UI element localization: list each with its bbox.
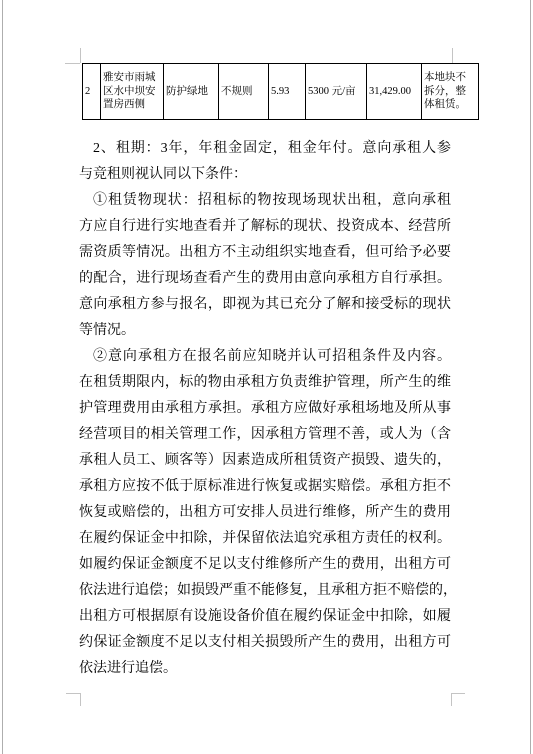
text-line: 在租赁期限内，标的物由承租方负责维护管理，所产生的维: [79, 370, 451, 396]
margin-mark-bottom-right-vertical: [451, 693, 452, 706]
text-line: 依法进行追偿。: [79, 656, 451, 682]
cell-area: 5.93: [269, 64, 306, 120]
text-line: 如履约保证金额度不足以支付维修所产生的费用，出租方可: [79, 552, 451, 578]
text-line: 承租方应按不低于原标准进行恢复或据实赔偿。承租方拒不: [79, 474, 451, 500]
paragraph-lease-term: 2、租期：3年，年租金固定，租金年付。意向承租人参 与竞租则视认同以下条件：: [79, 136, 451, 188]
cell-annual-rent: 31,429.00: [367, 64, 422, 120]
text-line: ②意向承租方在报名前应知晓并认可招租条件及内容。: [79, 344, 451, 370]
text-line: 等情况。: [79, 318, 451, 344]
margin-mark-bottom-right-horizontal: [451, 693, 465, 694]
cell-note: 本地块不拆分，整体租赁。: [422, 64, 479, 120]
document-body-text: 2、租期：3年，年租金固定，租金年付。意向承租人参 与竞租则视认同以下条件： ①…: [79, 136, 451, 682]
text-line: 需资质等情况。出租方不主动组织实地查看，但可给予必要: [79, 240, 451, 266]
text-line: 方应自行进行实地查看并了解标的现状、投资成本、经营所: [79, 214, 451, 240]
text-line: 出租方可根据原有设施设备价值在履约保证金中扣除，如履: [79, 604, 451, 630]
text-line: 承租人员工、顾客等）因素造成所租赁资产损毁、遗失的，: [79, 448, 451, 474]
page-edge-left: [2, 0, 3, 754]
cell-shape: 不规则: [219, 64, 269, 120]
text-line: ①租赁物现状：招租标的物按现场现状出租，意向承租: [79, 188, 451, 214]
text-line: 恢复或赔偿的，出租方可安排人员进行维修，所产生的费用: [79, 500, 451, 526]
margin-mark-top-left-vertical: [80, 48, 81, 63]
margin-mark-top-right-vertical: [452, 48, 453, 63]
text-line: 依法进行追偿；如损毁严重不能修复，且承租方拒不赔偿的，: [79, 578, 451, 604]
land-lease-table: 2 雅安市雨城区水中坝安置房西侧 防护绿地 不规则 5.93 5300 元/亩 …: [82, 63, 479, 120]
document-page: 2 雅安市雨城区水中坝安置房西侧 防护绿地 不规则 5.93 5300 元/亩 …: [0, 0, 533, 754]
cell-land-use: 防护绿地: [164, 64, 219, 120]
paragraph-condition-1: ①租赁物现状：招租标的物按现场现状出租，意向承租 方应自行进行实地查看并了解标的…: [79, 188, 451, 344]
paragraph-condition-2: ②意向承租方在报名前应知晓并认可招租条件及内容。 在租赁期限内，标的物由承租方负…: [79, 344, 451, 682]
margin-mark-bottom-left-vertical: [80, 693, 81, 706]
text-line: 的配合，进行现场查看产生的费用由意向承租方自行承担。: [79, 266, 451, 292]
margin-mark-top-left-horizontal: [65, 63, 80, 64]
text-line: 意向承租方参与报名，即视为其已充分了解和接受标的现状: [79, 292, 451, 318]
cell-unit-price: 5300 元/亩: [306, 64, 367, 120]
table-row: 2 雅安市雨城区水中坝安置房西侧 防护绿地 不规则 5.93 5300 元/亩 …: [83, 64, 479, 120]
text-line: 约保证金额度不足以支付相关损毁所产生的费用，出租方可: [79, 630, 451, 656]
text-line: 在履约保证金中扣除，并保留依法追究承租方责任的权利。: [79, 526, 451, 552]
text-line: 2、租期：3年，年租金固定，租金年付。意向承租人参: [79, 136, 451, 162]
cell-location: 雅安市雨城区水中坝安置房西侧: [101, 64, 164, 120]
margin-mark-bottom-left-horizontal: [66, 693, 80, 694]
page-edge-right: [530, 0, 531, 754]
text-line: 与竞租则视认同以下条件：: [79, 162, 451, 188]
text-line: 护管理费用由承租方承担。承租方应做好承租场地及所从事: [79, 396, 451, 422]
text-line: 经营项目的相关管理工作，因承租方管理不善，或人为（含: [79, 422, 451, 448]
cell-row-number: 2: [83, 64, 101, 120]
